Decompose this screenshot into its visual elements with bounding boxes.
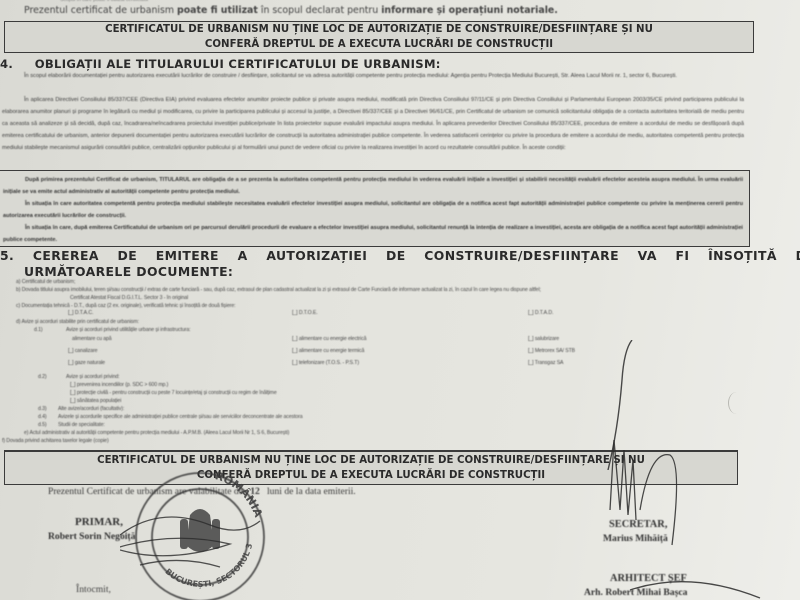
d1-col1-row1-label: alimentare cu apă: [72, 336, 112, 342]
section-5-title-line-1: CEREREA DE EMITERE A AUTORIZAȚIEI DE CON…: [33, 248, 800, 263]
item-b: b) Dovada titlului asupra imobilului, te…: [16, 287, 541, 293]
usage-bold-1: poate fi utilizat: [177, 5, 258, 16]
item-b-sub: Certificat Atestat Fiscal D.G.I.T.L. Sec…: [70, 295, 188, 301]
section-4-paragraph-2: În aplicarea Directivei Consiliului 85/3…: [2, 94, 744, 166]
item-f: f) Dovada privind achitarea taxelor lega…: [2, 438, 109, 444]
d1-col2-row1-label: alimentare cu energie electrică: [299, 336, 367, 342]
mayor-title: PRIMAR,: [75, 516, 123, 528]
d1-col3-row2: [_] Metrorex SA/ STB: [528, 348, 575, 354]
banner-line-2: CONFERĂ DREPTUL DE A EXECUTA LUCRĂRI DE …: [5, 37, 753, 52]
option-dtad-label: D.T.A.D.: [535, 310, 554, 316]
option-dtac: [_] D.T.A.C.: [68, 310, 93, 316]
item-e: e) Actul administrativ al autorității co…: [24, 430, 289, 436]
d1-col3-row2-label: Metrorex SA/ STB: [535, 348, 575, 354]
d2-item-1: [_] prevenirea incendiilor (p. SDC > 600…: [70, 382, 168, 388]
d1-col2-row3-label: telefonizare (T.O.S. - P.S.T): [299, 360, 359, 366]
document-page: Scopul în care poate fi utilizat certifi…: [0, 0, 800, 600]
d2-item-2: [_] protecție civilă - pentru construcți…: [70, 390, 277, 396]
option-dtac-label: D.T.A.C.: [75, 310, 94, 316]
hole-punch-mark: [728, 392, 745, 414]
d1-col1-row2-label: canalizare: [75, 348, 98, 354]
d1-col3-row3: [_] Transgaz SA: [528, 360, 563, 366]
obligation-2: În situația în care autoritatea competen…: [3, 198, 743, 222]
d1-col1-row3-label: gaze naturale: [75, 360, 105, 366]
d1-col2-row2-label: alimentare cu energie termică: [299, 348, 364, 354]
item-d5-number: d.5): [38, 422, 47, 428]
item-d3: Alte avize/acorduri (facultativ):: [58, 406, 124, 412]
item-d2-number: d.2): [38, 374, 47, 380]
item-d4-number: d.4): [38, 414, 47, 420]
item-d5: Studii de specialitate:: [58, 422, 105, 428]
validity-suffix: luni de la data emiterii.: [267, 486, 356, 497]
item-d1-number: d.1): [34, 327, 43, 333]
usage-prefix: Prezentul certificat de urbanism: [24, 5, 174, 16]
d2-item-1-label: prevenirea incendiilor (p. SDC > 600 mp.…: [77, 382, 168, 388]
warning-banner-top: CERTIFICATUL DE URBANISM NU ȚINE LOC DE …: [4, 21, 754, 53]
d1-col1-row1: alimentare cu apă: [68, 336, 112, 342]
item-d3-number: d.3): [38, 406, 47, 412]
d1-col2-row1: [_] alimentare cu energie electrică: [292, 336, 366, 342]
coat-of-arms-icon: [180, 509, 220, 552]
section-4-number: 4.: [0, 57, 13, 71]
d2-item-2-label: protecție civilă - pentru construcții cu…: [77, 390, 277, 396]
item-d: d) Avize și acorduri stabilite prin cert…: [16, 319, 139, 325]
d1-col3-row1: [_] salubrizare: [528, 336, 559, 342]
option-dtoe: [_] D.T.O.E.: [292, 310, 318, 316]
item-d2: Avize și acorduri privind:: [66, 374, 120, 380]
d1-col1-row2: [_] canalizare: [68, 348, 97, 354]
obligation-1: După primirea prezentului Certificat de …: [3, 174, 743, 198]
d1-col2-row3: [_] telefonizare (T.O.S. - P.S.T): [292, 360, 359, 366]
signature-stroke: [600, 340, 640, 470]
d1-col3-row3-label: Transgaz SA: [535, 360, 564, 366]
d1-col3-row1-label: salubrizare: [535, 336, 559, 342]
section-5-title-line-2: URMĂTOARELE DOCUMENTE:: [24, 264, 233, 279]
d2-item-3: [_] sănătatea populației: [70, 398, 121, 404]
item-a: a) Certificatul de urbanism;: [16, 279, 75, 285]
official-stamp: ROMÂNIA BUCUREȘTI, SECTORUL 3: [120, 455, 280, 600]
obligation-3: În situația în care, după emiterea Certi…: [3, 222, 743, 246]
item-c: c) Documentația tehnică - D.T., după caz…: [16, 303, 236, 309]
banner-line-1: CERTIFICATUL DE URBANISM NU ȚINE LOC DE …: [5, 22, 753, 37]
option-dtad: [_] D.T.A.D.: [528, 310, 553, 316]
d1-col2-row2: [_] alimentare cu energie termică: [292, 348, 364, 354]
section-4-title: OBLIGAȚII ALE TITULARULUI CERTIFICATULUI…: [35, 57, 441, 71]
usage-statement: Prezentul certificat de urbanism poate f…: [24, 5, 558, 16]
item-d1: Avize și acorduri privind utilitățile ur…: [66, 327, 191, 333]
usage-middle: în scopul declarat pentru: [261, 5, 378, 16]
cut-off-line: Scopul în care poate fi utilizat certifi…: [60, 0, 148, 3]
d1-col1-row3: [_] gaze naturale: [68, 360, 105, 366]
section-5-number: 5.: [0, 248, 14, 263]
prepared-by-label: Întocmit,: [76, 584, 111, 595]
section-5-heading-line-1: 5. CEREREA DE EMITERE A AUTORIZAȚIEI DE …: [0, 248, 800, 263]
option-dtoe-label: D.T.O.E.: [299, 310, 318, 316]
section-4-heading: 4. OBLIGAȚII ALE TITULARULUI CERTIFICATU…: [0, 57, 441, 71]
section-4-paragraph-1: În scopul elaborării documentației pentr…: [2, 70, 744, 82]
d2-item-3-label: sănătatea populației: [77, 398, 121, 404]
item-d4: Avizele și acordurile specifice ale admi…: [58, 414, 303, 420]
usage-bold-2: informare și operațiuni notariale.: [381, 5, 558, 16]
obligations-box: După primirea prezentului Certificat de …: [0, 170, 750, 247]
